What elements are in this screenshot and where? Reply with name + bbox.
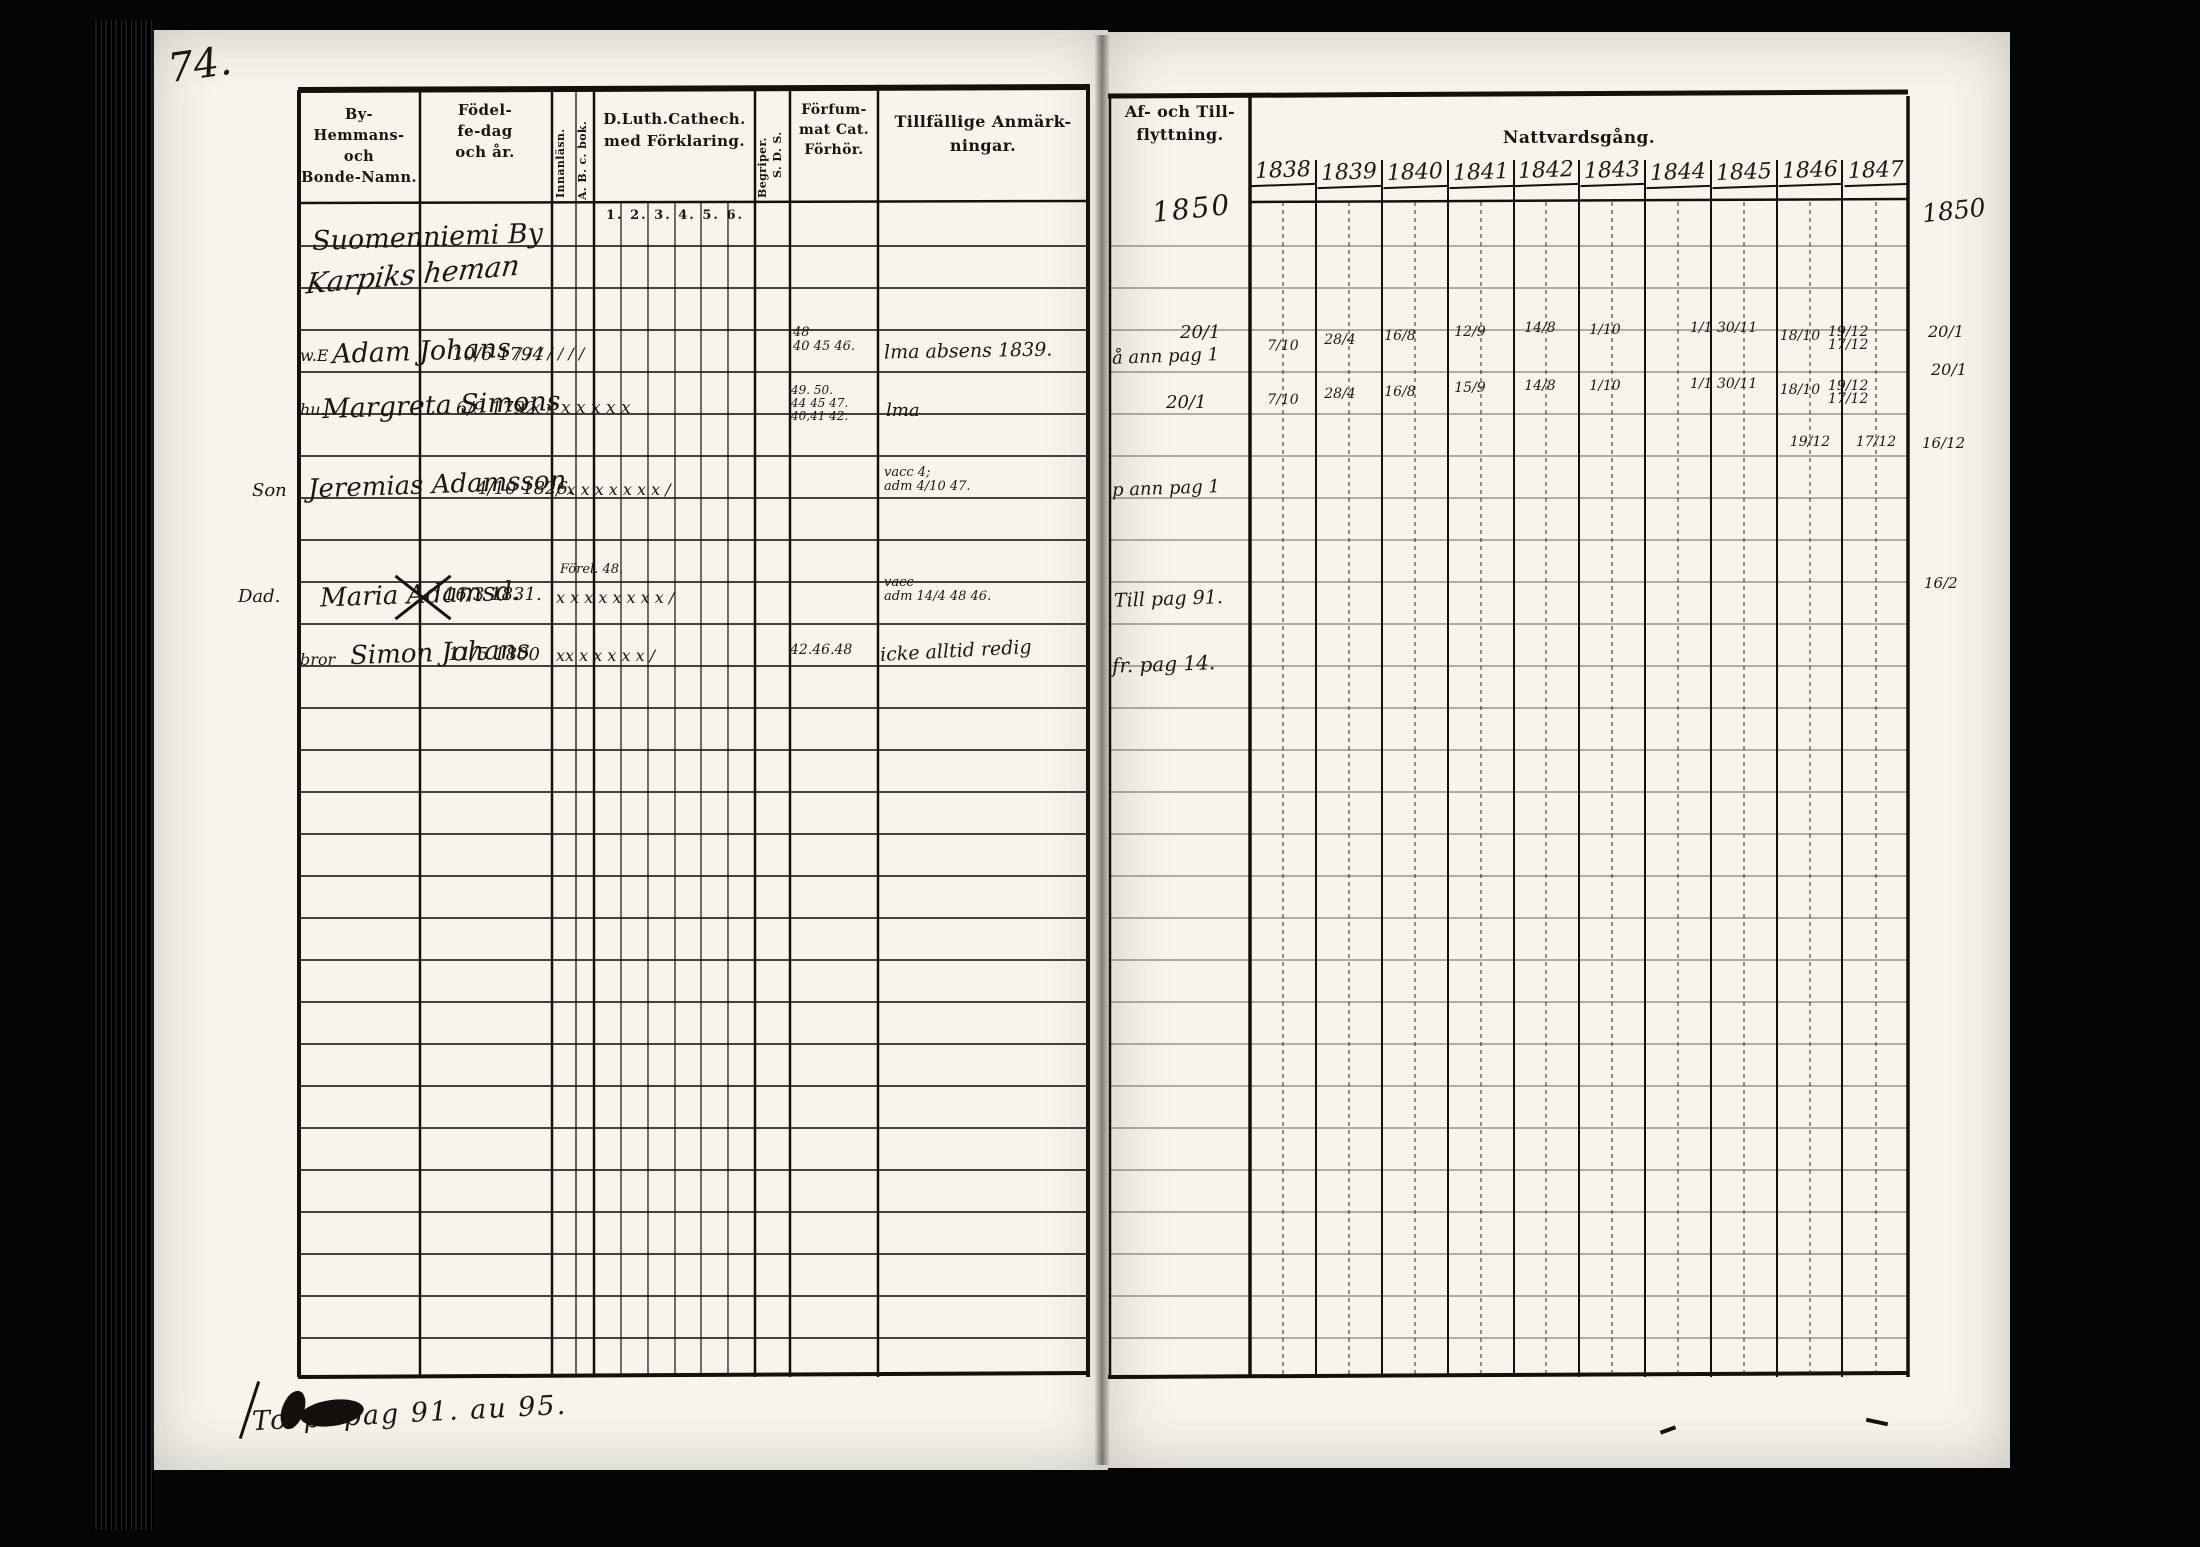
row5-catechism-marks: xx x x x x x / (556, 646, 756, 665)
row4-flyttning: Till pag 91. (1114, 586, 1224, 612)
scanned-church-record: 74. By- Hemmans-och Bonde-Namn. Födel- f… (0, 0, 2200, 1547)
row2-natt-1847: 17/12 (1856, 436, 1896, 449)
row0-natt-1840: 16/8 (1384, 330, 1415, 343)
header-nattvardsgang: Nattvardsgång. (1250, 128, 1908, 148)
year-label-1839: 1839 (1317, 159, 1382, 189)
row3-anmarkning: vacc 4; adm 4/10 47. (884, 466, 971, 494)
year-label-1844: 1844 (1646, 159, 1711, 189)
row0-anmarkning: lma absens 1839. (884, 339, 1053, 364)
row5-forsummat: 42.46.48 (790, 642, 852, 658)
row1-natt-1845: 1/1 30/11 (1690, 378, 1780, 391)
row0-margin-mark: 20/1 (1928, 322, 1964, 341)
row3-catechism-marks: / x x x x x x x / (556, 480, 786, 499)
row0-flytt-date: 20/1 (1180, 322, 1220, 343)
year-label-1845: 1845 (1712, 159, 1777, 189)
row0-natt-1843: 1/10 (1589, 324, 1620, 337)
row0-forsummat: 48 40 45 46. (793, 326, 855, 354)
header-cathech-column: D.Luth.Cathech. med Förklaring. (594, 108, 755, 152)
row1-natt-1840: 16/8 (1384, 386, 1415, 399)
header-name-column: By- Hemmans-och Bonde-Namn. (300, 104, 418, 188)
page-number: 74. (165, 38, 234, 92)
row1-catechism-marks: x x x x x x x x (516, 398, 766, 418)
year-label-1846: 1846 (1778, 157, 1843, 187)
year-label-1843: 1843 (1580, 157, 1645, 187)
row1-natt-1838: 7/10 (1267, 394, 1298, 407)
header-abc-column: A. B. c. bok. (577, 98, 588, 200)
row3-margin-label: Son (252, 480, 287, 501)
row0-natt-1841: 12/9 (1454, 326, 1485, 339)
row1-natt-1842: 14/8 (1524, 380, 1555, 393)
row0-prefix: w.E (300, 346, 329, 365)
row1-natt-1839: 28/4 (1324, 388, 1355, 401)
header-innanlasn-column: Innanläsn. (555, 98, 566, 198)
header-sds-column: S. D. S. (772, 98, 783, 178)
right-page-rules (1110, 205, 1908, 1377)
row4-note-above: Förel. 48. (560, 562, 623, 577)
row0-natt-1847: 19/12 17/12 (1828, 326, 1908, 352)
row5-flyttning: fr. pag 14. (1112, 650, 1216, 678)
row1-flytt-date: 20/1 (1166, 392, 1206, 413)
row5-prefix: bror (300, 650, 335, 669)
row0-natt-1839: 28/4 (1324, 334, 1355, 347)
year-label-1841: 1841 (1449, 159, 1514, 189)
header-flyttning-column: Af- och Till- flyttning. (1110, 100, 1250, 146)
row4-catechism-marks: x x x x x x x x / (556, 588, 786, 607)
row0-natt-1838: 7/10 (1267, 340, 1298, 353)
row5-birth: 11/5 1800 (448, 644, 540, 665)
row4-birth: 16/3 1831. (444, 584, 542, 605)
row1-natt-1843: 1/10 (1589, 380, 1620, 393)
row0-flyttning: å ann pag 1 (1112, 344, 1220, 369)
header-forsummat-column: Förfum- mat Cat. Förhör. (790, 100, 878, 160)
row4-margin-label: Dad. (238, 586, 280, 607)
year-label-1842: 1842 (1514, 157, 1579, 187)
year-label-1847: 1847 (1844, 157, 1909, 187)
row1-natt-1847: 19/12 17/12 (1828, 380, 1908, 406)
header-cathech-subcolumns: 1. 2. 3. 4. 5. 6. (596, 208, 754, 223)
row3-flyttning: p ann pag 1 (1112, 476, 1221, 501)
row4-margin-mark: 16/2 (1924, 574, 1958, 592)
row0-natt-1845: 1/1 30/11 (1690, 322, 1780, 335)
row0-natt-1846: 18/10 (1780, 330, 1820, 343)
row1-natt-1841: 15/9 (1454, 382, 1485, 395)
row2-margin-mark: 16/12 (1922, 434, 1965, 452)
year-label-1840: 1840 (1383, 159, 1448, 189)
row4-anmarkning: vacc adm 14/4 48 46. (884, 576, 991, 604)
row0-natt-1842: 14/8 (1524, 322, 1555, 335)
row1-forsummat: 49. 50. 44 45 47. 40,41 42. (791, 384, 848, 423)
header-anmarkningar-column: Tillfällige Anmärk- ningar. (880, 110, 1086, 158)
row1-anmarkning: lma (886, 400, 920, 421)
header-begriper-column: Begriper. (757, 98, 768, 198)
row1-natt-1846: 18/10 (1780, 384, 1820, 397)
row0-catechism-marks: / / / / / / / (516, 344, 766, 363)
row1-margin-mark: 20/1 (1931, 360, 1967, 379)
row2-natt-1846: 19/12 (1790, 436, 1830, 449)
year-label-1838: 1838 (1251, 157, 1316, 187)
header-birth-column: Födel- fe-dag och år. (420, 100, 550, 163)
left-page-rules (298, 205, 1088, 1377)
